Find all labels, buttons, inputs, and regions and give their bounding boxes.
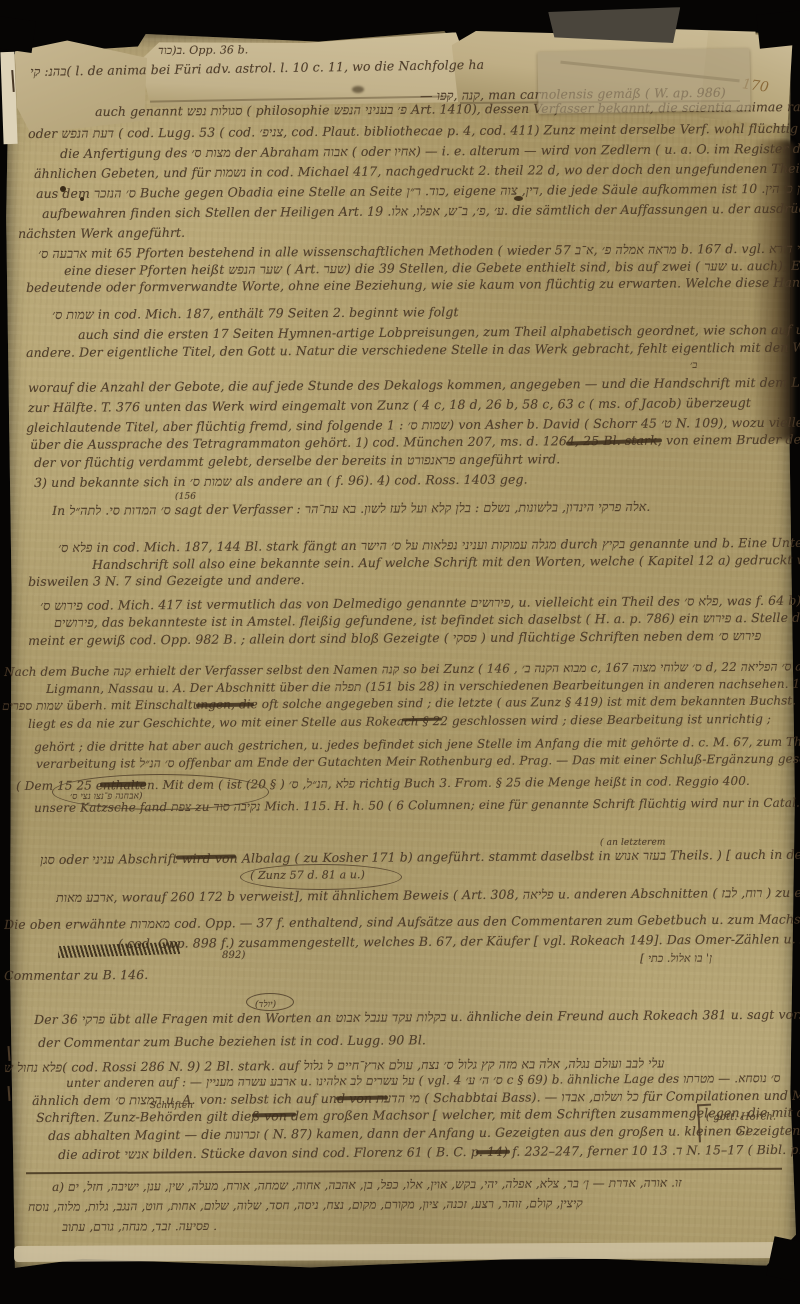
handwritten-line: die Anfertigung des מצות ס׳ der Abraham … [60,140,800,162]
handwritten-line: ב׳ [690,360,697,371]
handwritten-line: In ס׳ המדות סי. לתה״ל sagt der Verfasser… [52,499,651,519]
handwritten-line: Der 36 פרקי übt alle Fragen mit den Wort… [34,1007,800,1028]
annotation-oval [246,993,294,1011]
handwritten-line: a) זו. אורה, אדרת — ן׳ בר, צלא, אפלה, יה… [52,1176,682,1195]
handwritten-line: קיצין, קולם, זוהר, רצע, זכנה, ציון, מקור… [28,1196,583,1215]
handwritten-line: ארבע מאות, worauf 260 172 b verweist], m… [56,884,800,906]
handwritten-line: 892) [222,950,245,961]
handwritten-line: aufbewahren finden sich Stellen der Heil… [42,200,800,222]
handwritten-line: שמות ס׳ in cod. Mich. 187, enthält 79 Se… [52,304,459,323]
handwritten-line: פסיעה. זבד, מנחה, גורם, עתוב . [62,1219,217,1235]
handwritten-line: zur Hälfte. T. 376 unten das Werk wird e… [28,395,751,415]
handwritten-line: Commentar zu B. 146. [4,967,148,983]
tape-patch [537,48,750,114]
handwritten-line: ähnlichen Gebeten, und für נשמות in cod.… [34,160,800,182]
handwritten-line: meint er gewiß cod. Opp. 982 B. ; allein… [28,628,761,649]
handwritten-line: oder דעת הנפש ( cod. Lugg. 53 ( cod. צני… [28,119,800,142]
handwritten-line: das abhalten Magint — die זכרונות ( N. 8… [48,1122,800,1144]
handwritten-line: [ ן' בו אלול. כתי [640,951,712,965]
handwritten-line: סגן oder עניני Abschrift wird von Albala… [40,846,800,868]
handwritten-line: gehört ; die dritte hat aber auch gestri… [34,733,800,754]
handwritten-line: nächsten Werk angeführt. [18,225,185,241]
background-wedge [0,15,36,53]
handwritten-line: Die oben erwähnte מאמרות cod. Opp. — 37 … [4,910,800,933]
manuscript-photo: 170 ב(כוד. Opp. 36 b.בהנ: קי( l. de anim… [0,0,800,1304]
ink-scribble [100,782,146,788]
handwritten-line: der vor flüchtig verdammt gelebt, dersel… [34,451,560,471]
handwritten-line: (156 [175,492,196,502]
margin-bracket [697,1104,713,1143]
background-wedge [756,9,800,48]
handwritten-line: בהנ: קי( l. de anima bei Füri adv. astro… [30,57,484,80]
handwritten-line: ב(כוד. Opp. 36 b. [158,43,248,57]
handwritten-line: worauf die Anzahl der Gebote, die auf je… [28,373,800,395]
ink-scribble [252,1113,296,1118]
handwritten-line: ( gott. Horch. [706,1112,776,1123]
ink-scribble [476,1150,510,1155]
annotation-oval [240,864,402,890]
handwritten-line: ( cod. Opp. 898 f.) zusammengestellt, we… [118,929,800,951]
handwritten-line: liegt es da nie zur Geschichte, wo mit e… [28,712,771,731]
handwritten-line: 3) und bekannte sich in שמות ס׳ als ande… [34,472,528,491]
handwritten-line: bisweilen 3 N. 7 sind Gezeigte und ander… [28,572,305,589]
handwritten-line: aus dem ס׳ הנזכר Buche gegen Obadia eine… [36,180,800,202]
text-layer: ב(כוד. Opp. 36 b.בהנ: קי( l. de anima be… [0,0,800,1304]
handwritten-line: der Commentar zum Buche beziehen ist in … [38,1032,426,1050]
handwritten-line: ( an letzterem [600,838,666,848]
annotation-oval [52,774,269,810]
handwritten-line: die adirot אנשי bilden. Stücke davon sin… [58,1142,800,1163]
